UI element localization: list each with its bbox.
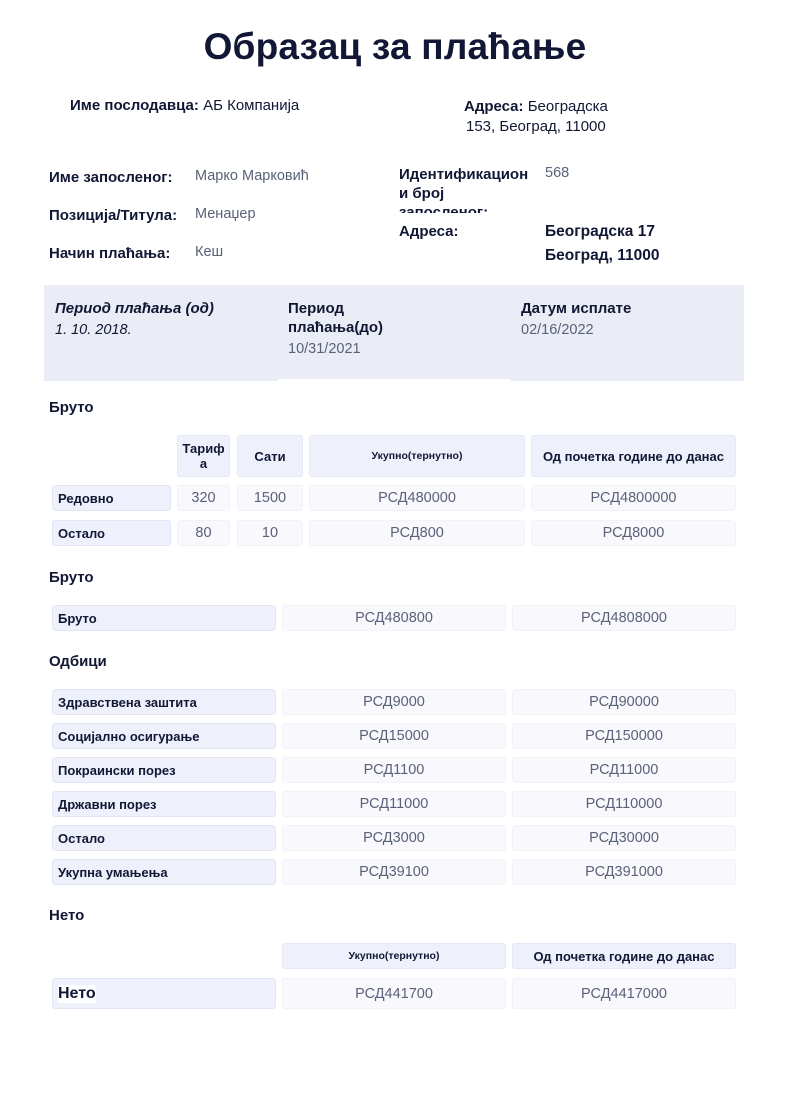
employer-name-value: АБ Компанија (203, 97, 299, 114)
row-current: РСД480000 (309, 485, 525, 511)
pay-date: Датум исплате 02/16/2022 (521, 299, 631, 338)
row-current: РСД11000 (282, 791, 506, 817)
page-title: Образац за плаћање (0, 26, 790, 68)
employee-id-label: Идентификацион и број запосленог: (399, 165, 528, 213)
period-to: Период плаћања(до) 10/31/2021 (288, 299, 383, 357)
employee-id-value: 568 (545, 165, 569, 181)
pay-date-label: Датум исплате (521, 299, 631, 318)
row-ytd: РСД4800000 (531, 485, 736, 511)
payment-method-label: Начин плаћања: (49, 245, 170, 262)
employer-name-label: Име послодавца: (70, 97, 199, 114)
payment-method-value: Кеш (195, 244, 223, 260)
period-to-label-line1: Период (288, 299, 383, 318)
row-current: РСД15000 (282, 723, 506, 749)
employee-name-value: Марко Марковић (195, 168, 309, 184)
pay-period-band: Период плаћања (од) 1. 10. 2018. Период … (44, 285, 744, 381)
row-label: Бруто (52, 605, 276, 631)
row-ytd: РСД8000 (531, 520, 736, 546)
row-current: РСД9000 (282, 689, 506, 715)
row-label: Здравствена заштита (52, 689, 276, 715)
position-value: Менаџер (195, 206, 256, 222)
row-ytd: РСД11000 (512, 757, 736, 783)
row-current: РСД1100 (282, 757, 506, 783)
row-current: РСД800 (309, 520, 525, 546)
row-current: РСД480800 (282, 605, 506, 631)
period-from-label: Период плаћања (од) (55, 299, 214, 318)
row-label: Социјално осигурање (52, 723, 276, 749)
row-rate: 320 (177, 485, 230, 511)
row-current: РСД3000 (282, 825, 506, 851)
period-from-value: 1. 10. 2018. (55, 322, 214, 338)
header-current: Укупно(тернутно) (309, 435, 525, 477)
row-label: Покраински порез (52, 757, 276, 783)
net-header-current: Укупно(тернутно) (282, 943, 506, 969)
row-ytd: РСД90000 (512, 689, 736, 715)
period-to-label-line2: плаћања(до) (288, 318, 383, 337)
row-ytd: РСД4808000 (512, 605, 736, 631)
deductions-section-title: Одбици (49, 653, 107, 670)
employer-address-line1: Београдска (528, 98, 608, 115)
employer-address-label: Адреса: (464, 98, 524, 115)
employer-name: Име послодавца: АБ Компанија (70, 97, 299, 114)
row-label: Укупна умањења (52, 859, 276, 885)
row-ytd: РСД150000 (512, 723, 736, 749)
period-to-value: 10/31/2021 (288, 341, 383, 357)
row-label: Државни порез (52, 791, 276, 817)
gross-section-title: Бруто (49, 399, 94, 416)
row-label: Остало (52, 825, 276, 851)
employee-address-line2: Београд, 11000 (545, 247, 659, 265)
header-hours: Сати (237, 435, 303, 477)
row-ytd: РСД391000 (512, 859, 736, 885)
row-rate: 80 (177, 520, 230, 546)
employer-address: Адреса: Београдска 153, Београд, 11000 (464, 97, 608, 137)
row-ytd: РСД110000 (512, 791, 736, 817)
employee-address-line1: Београдска 17 (545, 223, 655, 241)
row-hours: 1500 (237, 485, 303, 511)
employee-address-label: Адреса: (399, 223, 459, 240)
employee-name-label: Име запосленог: (49, 169, 173, 186)
pay-date-value: 02/16/2022 (521, 322, 631, 338)
net-header-ytd: Од почетка године до данас (512, 943, 736, 969)
row-current: РСД39100 (282, 859, 506, 885)
header-ytd: Од почетка године до данас (531, 435, 736, 477)
net-section-title: Нето (49, 907, 84, 924)
row-current: РСД441700 (282, 978, 506, 1009)
position-label: Позиција/Титула: (49, 207, 177, 224)
employer-address-line2: 153, Београд, 11000 (464, 117, 608, 137)
row-ytd: РСД4417000 (512, 978, 736, 1009)
row-label: Остало (52, 520, 171, 546)
period-from: Период плаћања (од) 1. 10. 2018. (55, 299, 214, 338)
row-hours: 10 (237, 520, 303, 546)
gross-total-section-title: Бруто (49, 569, 94, 586)
row-label: Редовно (52, 485, 171, 511)
header-rate: Тарифа (177, 435, 230, 477)
row-label: Нето (52, 978, 276, 1009)
row-ytd: РСД30000 (512, 825, 736, 851)
